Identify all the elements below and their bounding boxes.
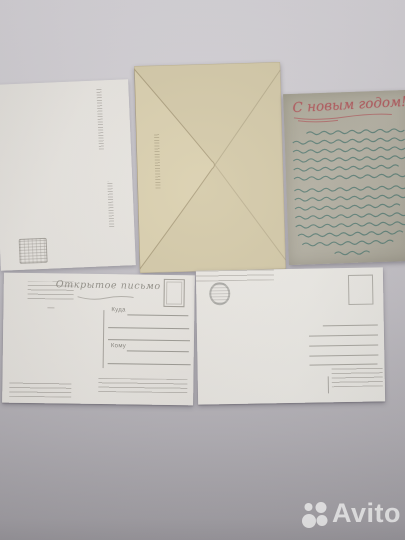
stamp-box bbox=[348, 275, 374, 305]
handwriting-lines bbox=[283, 90, 405, 265]
postcard-address-side: Открытое письмо Куда Кому bbox=[2, 273, 195, 406]
edition-imprint-text bbox=[332, 366, 383, 387]
kuda-label: Куда bbox=[111, 307, 125, 313]
postcard-back-bottom-right bbox=[196, 267, 385, 404]
address-line bbox=[108, 327, 189, 329]
caption-imprint-text bbox=[196, 269, 274, 281]
photo-background: С новым годом! bbox=[0, 0, 405, 540]
address-line bbox=[108, 339, 190, 341]
envelope-back bbox=[134, 62, 286, 273]
postcard-handwritten: С новым годом! bbox=[283, 90, 405, 265]
stamp-box bbox=[163, 279, 184, 307]
address-line bbox=[127, 314, 188, 316]
oval-publisher-emblem bbox=[209, 282, 230, 305]
address-line bbox=[309, 354, 378, 356]
komu-label: Кому bbox=[111, 343, 126, 349]
avito-watermark: Avito bbox=[301, 498, 401, 529]
avito-four-circles-icon bbox=[301, 498, 329, 529]
address-line bbox=[108, 363, 191, 365]
postcard-back-top-left bbox=[0, 79, 136, 270]
vertical-imprint-text bbox=[96, 87, 104, 149]
caption-divider-line bbox=[328, 376, 329, 393]
address-divider-line bbox=[103, 310, 105, 368]
address-line bbox=[309, 344, 378, 346]
address-line bbox=[323, 324, 378, 326]
address-line bbox=[309, 334, 378, 336]
postcard-title: Открытое письмо bbox=[56, 279, 156, 292]
caption-imprint-text bbox=[9, 380, 71, 398]
vertical-imprint-text bbox=[107, 181, 114, 227]
watermark-label: Avito bbox=[332, 498, 401, 529]
edition-imprint-text bbox=[98, 378, 187, 393]
address-line bbox=[127, 350, 189, 352]
number-mark bbox=[47, 302, 54, 308]
title-flourish bbox=[76, 293, 136, 302]
publisher-emblem bbox=[19, 238, 48, 264]
address-line bbox=[310, 363, 378, 365]
